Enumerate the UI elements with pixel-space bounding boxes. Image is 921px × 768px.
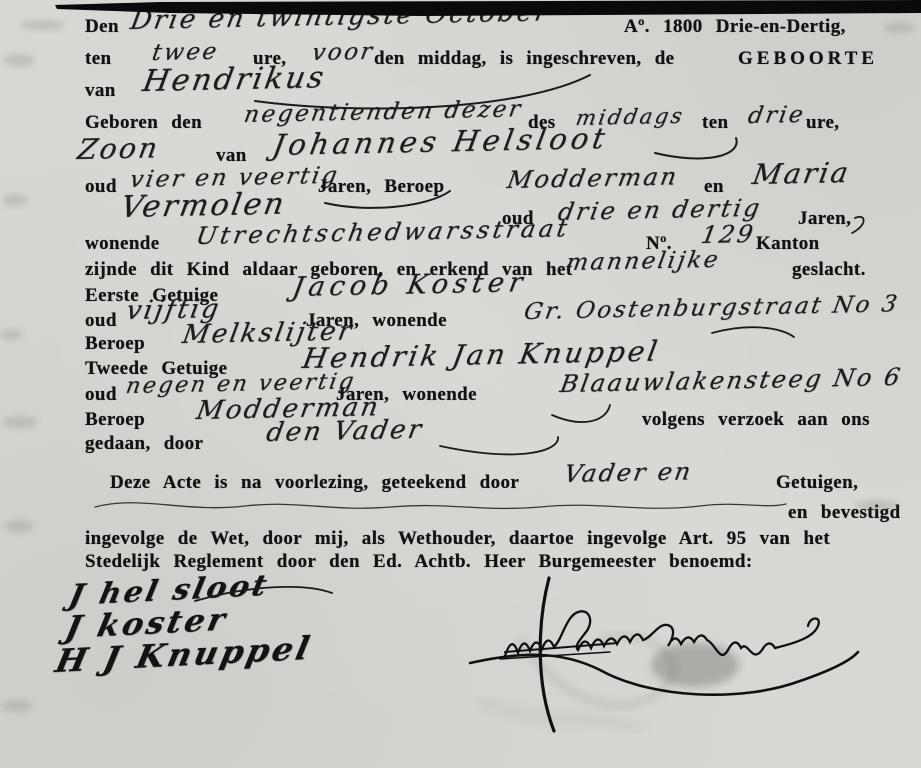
printed-geboorte: GEBOORTE: [738, 48, 878, 70]
hw-signed-by: Vader en: [562, 457, 695, 488]
flourish-kanton-tail: [852, 217, 864, 233]
printed-kanton: Kanton: [756, 233, 820, 255]
printed-wonende: wonende: [85, 233, 160, 255]
printed-year: Aº. 1800 Drie-en-Dertig,: [624, 16, 846, 38]
printed-geslacht: geslacht.: [792, 259, 866, 281]
printed-van: van: [85, 80, 116, 102]
official-signature-name-scrawl: [505, 611, 819, 656]
hw-zoon: Zoon: [75, 131, 162, 166]
hw-father-occupation: Modderman: [505, 162, 681, 194]
bleed-through-mark: [856, 500, 898, 511]
bleed-through-mark: [20, 20, 64, 30]
bleed-through-mark: [3, 416, 37, 428]
flourish-melkslijter-dash: [712, 327, 794, 337]
hw-house-number: 129: [699, 220, 757, 249]
official-signature: [470, 578, 858, 731]
printed-gedaan-door: gedaan, door: [85, 433, 203, 455]
printed-read-clause: Deze Acte is na voorlezing, geteekend do…: [110, 472, 519, 494]
bleed-through-mark: [884, 22, 914, 33]
printed-beroep1: Beroep: [85, 333, 145, 355]
hw-declarant: den Vader: [264, 415, 426, 448]
hw-gender: mannelijke: [564, 247, 722, 276]
ink-smudge: [651, 643, 739, 687]
flourish-beroep-modderman: [552, 405, 610, 422]
flourish-father-name-tail: [655, 138, 737, 158]
bleed-through-mark: [2, 700, 32, 712]
hw-first-witness-name: Jacob Koster: [290, 267, 530, 303]
printed-jaren-beroep: Jaren, Beroep: [318, 176, 444, 198]
printed-law-clause: ingevolge de Wet, door mij, als Wethoude…: [85, 528, 830, 550]
flourish-den-vader-tail: [440, 437, 558, 454]
printed-den: Den: [85, 16, 119, 38]
printed-beroep2: Beroep: [85, 409, 145, 431]
wavy-separator-line: [95, 503, 786, 509]
printed-ure2: ure,: [806, 112, 839, 134]
printed-jaren2: Jaren,: [798, 208, 851, 230]
printed-oud4: oud: [85, 384, 117, 406]
hw-second-witness-address: Blaauwlakensteeg No 6: [558, 363, 904, 398]
pencil-ghost: [480, 700, 640, 730]
hw-birth-hour: drie: [746, 102, 807, 129]
printed-ten2: ten: [702, 112, 729, 134]
hw-first-witness-address: Gr. Oostenburgstraat No 3: [522, 291, 901, 325]
pencil-ghost: [520, 636, 673, 705]
printed-oud1: oud: [85, 176, 117, 198]
printed-law-clause2: Stedelijk Reglement door den Ed. Achtb. …: [85, 551, 753, 573]
official-signature-vertical-flourish: [540, 578, 554, 731]
printed-request-clause: volgens verzoek aan ons: [642, 409, 870, 431]
printed-oud3: oud: [85, 310, 117, 332]
printed-registered-clause: den middag, is ingeschreven, de: [374, 48, 675, 70]
hw-registration-date: Drie en twintigste October: [128, 0, 553, 36]
bleed-through-mark: [5, 520, 33, 532]
hw-child-name: Hendrikus: [140, 60, 329, 99]
bleed-through-mark: [4, 54, 34, 67]
hw-father-name: Johannes Helsloot: [270, 121, 611, 162]
official-signature-underline-swoop: [470, 652, 858, 695]
official-signature-strike2: [500, 652, 610, 659]
official-signature-strike1: [505, 643, 618, 652]
printed-van2: van: [216, 145, 247, 167]
printed-born-label: Geboren den: [85, 112, 202, 134]
bleed-through-mark: [0, 330, 22, 340]
bleed-through-mark: [2, 194, 28, 206]
hw-mother-last-name: Vermolen: [118, 187, 289, 225]
hw-mother-first-name: Maria: [750, 156, 853, 191]
printed-getuigen: Getuigen,: [776, 472, 858, 494]
birth-record-scan: Den Drie en twintigste October Aº. 1800 …: [0, 0, 921, 768]
printed-ten: ten: [85, 48, 112, 70]
